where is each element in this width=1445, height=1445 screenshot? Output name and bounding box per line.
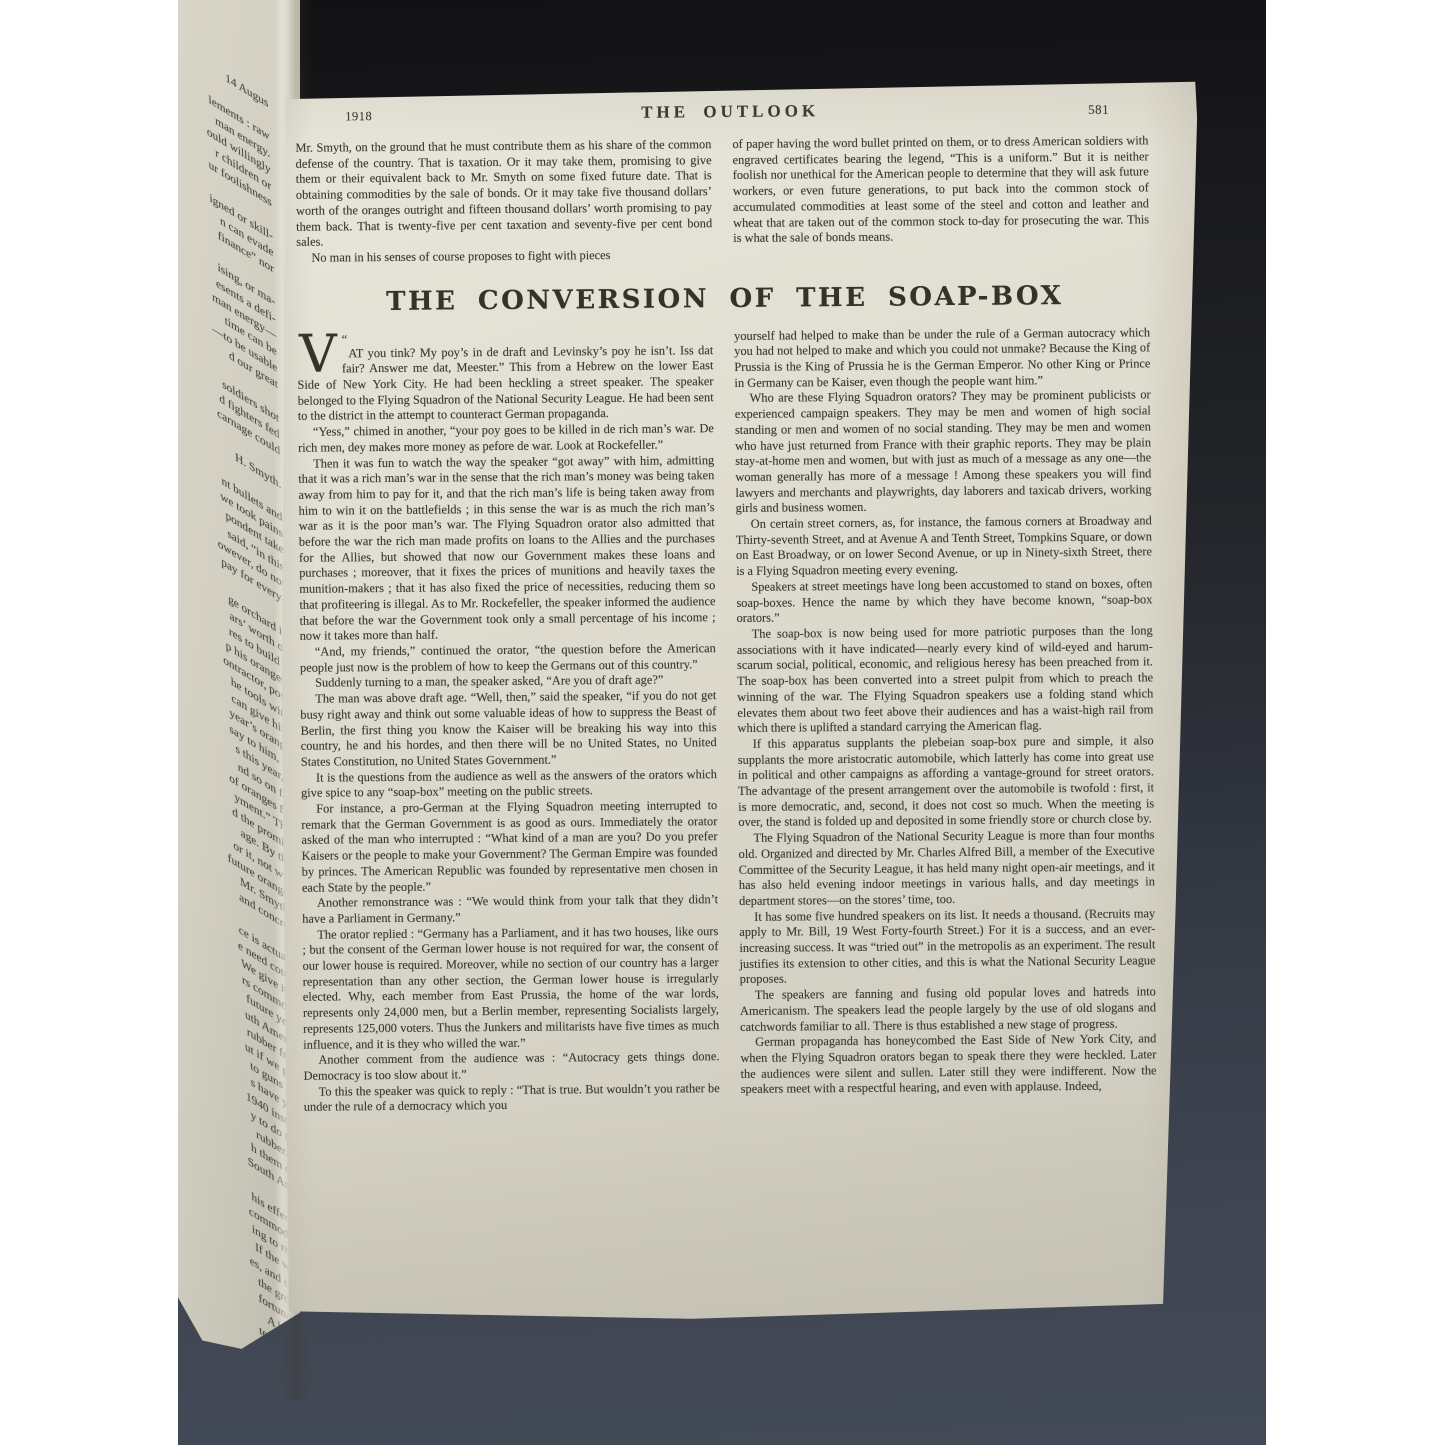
previous-page-edge: 14 Augus lements : raw man energy. ould … [178,0,300,1392]
paragraph: yourself had helped to make than be unde… [734,325,1151,391]
top-right-column: of paper having the word bullet printed … [732,133,1149,262]
page-number: 581 [1088,102,1109,118]
article-columns: “VAT you tink? My poy’s in de draft and … [297,325,1161,1237]
top-left-column: Mr. Smyth, on the ground that he must co… [295,137,712,266]
paragraph: of paper having the word bullet printed … [732,133,1149,247]
paragraph: The man was above draft age. “Well, then… [300,688,717,770]
paragraph: Speakers at street meetings have long be… [736,576,1152,627]
magazine-page: 1918 THE OUTLOOK 581 Mr. Smyth, on the g… [278,78,1198,1320]
paragraph: “Yess,” chimed in another, “your poy goe… [298,421,714,456]
paragraph: If this apparatus supplants the plebeian… [738,733,1155,831]
article-right-paragraphs: yourself had helped to make than be unde… [734,325,1157,1098]
paragraph: Then it was fun to watch the way the spe… [298,453,716,645]
year-label: 1918 [345,109,372,124]
top-section: Mr. Smyth, on the ground that he must co… [295,133,1152,266]
article-headline: THE CONVERSION OF THE SOAP-BOX [297,280,1153,317]
paragraph: The soap-box is now being used for more … [737,623,1154,737]
paragraph: It is the questions from the audience as… [301,767,717,802]
article-opening-paragraph: “VAT you tink? My poy’s in de draft and … [297,329,714,425]
running-head: 1918 THE OUTLOOK 581 [295,98,1151,125]
paragraph: For instance, a pro-German at the Flying… [301,798,718,896]
previous-page-text-fragments: 14 Augus lements : raw man energy. ould … [178,0,300,1392]
paragraph: No man in his senses of course proposes … [296,247,712,266]
paragraph: “And, my friends,” continued the orator,… [300,641,716,676]
paragraph: Another comment from the audience was : … [303,1049,719,1084]
paragraph: The orator replied : “Germany has a Parl… [302,924,719,1053]
paragraph: Another remonstrance was : “We would thi… [302,892,718,927]
article-right-column: yourself had helped to make than be unde… [734,325,1158,1234]
opening-quote-mark: “ [342,332,348,346]
journal-title: THE OUTLOOK [372,99,1088,125]
paragraph: Mr. Smyth, on the ground that he must co… [295,137,712,251]
article-left-paragraphs: “Yess,” chimed in another, “your poy goe… [298,421,720,1116]
paragraph: On certain street corners, as, for insta… [736,513,1153,579]
paragraph: Who are these Flying Squadron orators? T… [735,388,1152,517]
photo-canvas: 14 Augus lements : raw man energy. ould … [0,0,1445,1445]
paragraph: It has some five hundred speakers on its… [739,906,1156,988]
article-left-column: “VAT you tink? My poy’s in de draft and … [297,329,721,1238]
opening-paragraph-text: AT you tink? My poy’s in de draft and Le… [297,343,713,423]
dropcap-letter: V [297,332,342,374]
paragraph: The speakers are fanning and fusing old … [740,984,1156,1035]
paragraph: German propaganda has honeycombed the Ea… [740,1032,1157,1098]
paragraph: To this the speaker was quick to reply :… [304,1081,720,1116]
book-photo: 14 Augus lements : raw man energy. ould … [178,0,1266,1445]
paragraph: The Flying Squadron of the National Secu… [738,827,1155,909]
